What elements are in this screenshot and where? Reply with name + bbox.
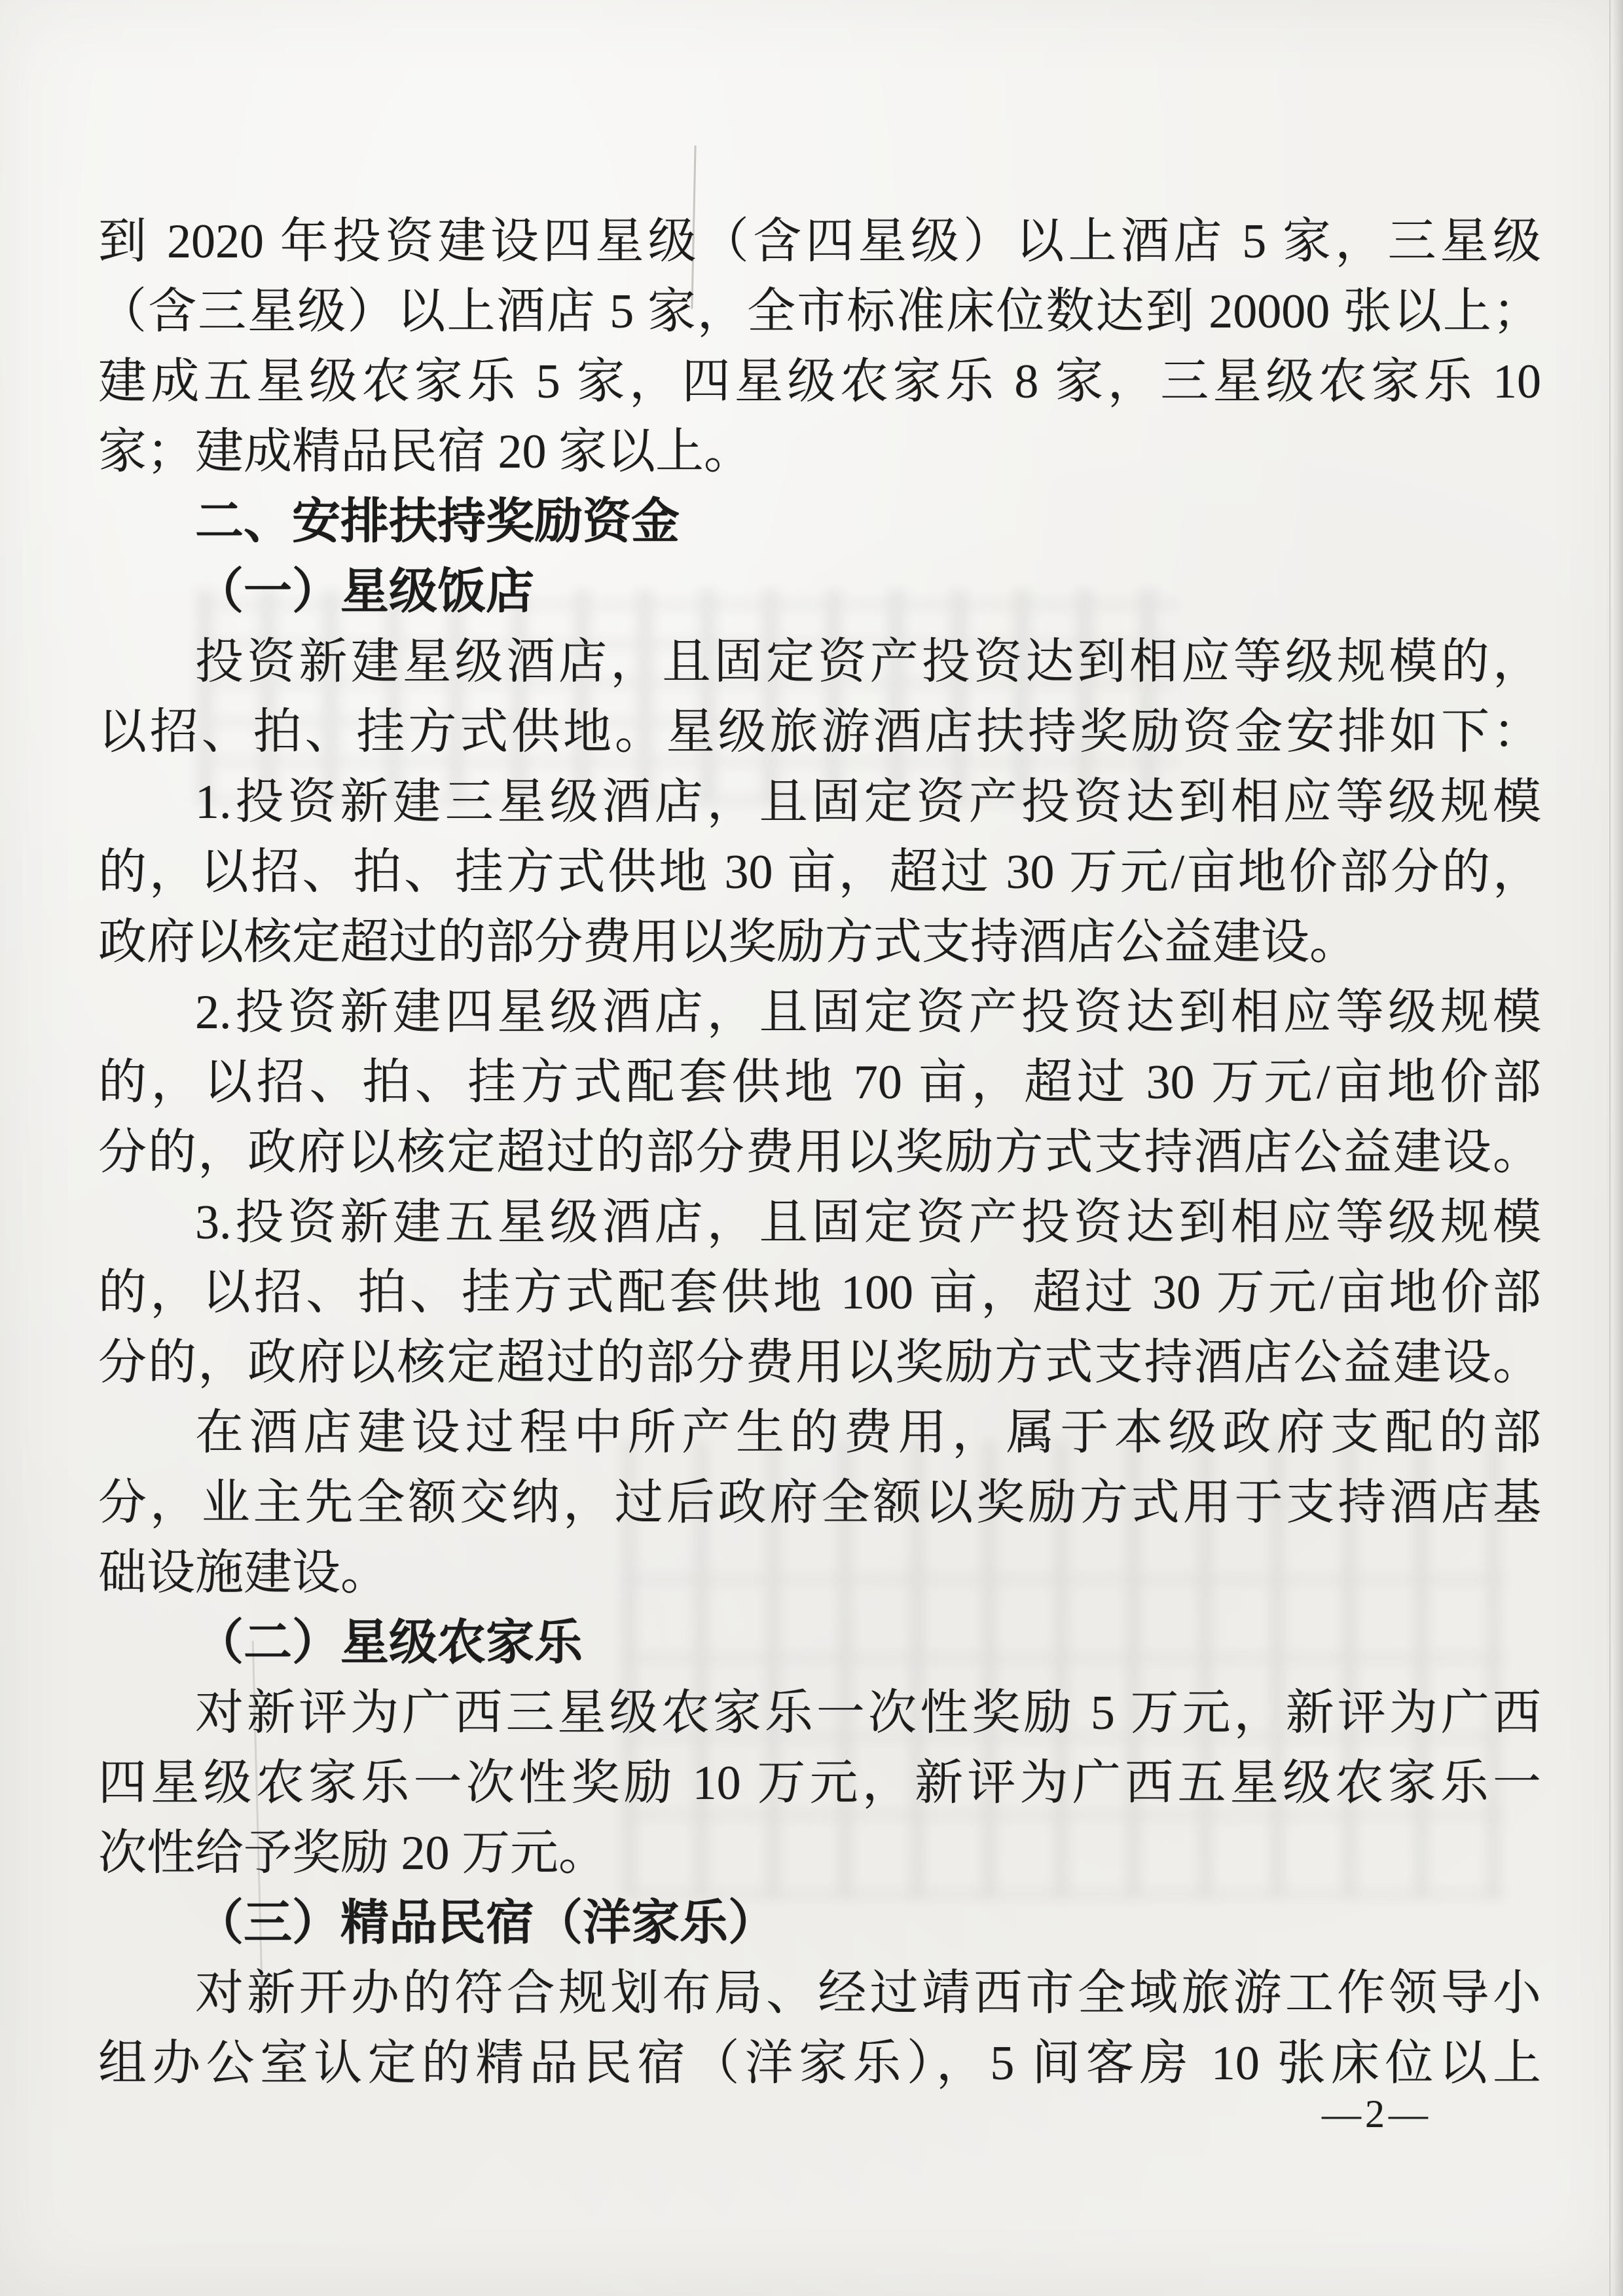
scan-edge-line [1609, 0, 1611, 2296]
heading-line: 二、安排扶持奖励资金 [98, 487, 1541, 557]
text-line: 投资新建星级酒店，且固定资产投资达到相应等级规模的， [98, 627, 1541, 697]
text-line: 的，以招、拍、挂方式供地 30 亩，超过 30 万元/亩地价部分的， [98, 838, 1541, 908]
text-line: 分的，政府以核定超过的部分费用以奖励方式支持酒店公益建设。 [98, 1118, 1541, 1188]
text-line: 以招、拍、挂方式供地。星级旅游酒店扶持奖励资金安排如下： [98, 697, 1541, 768]
text-line: 分的，政府以核定超过的部分费用以奖励方式支持酒店公益建设。 [98, 1328, 1541, 1398]
text-line: 2.投资新建四星级酒店，且固定资产投资达到相应等级规模 [98, 978, 1541, 1048]
subheading-line: （二）星级农家乐 [98, 1608, 1541, 1678]
text-line: 对新开办的符合规划布局、经过靖西市全域旅游工作领导小 [98, 1959, 1541, 2029]
text-line: 3.投资新建五星级酒店，且固定资产投资达到相应等级规模 [98, 1188, 1541, 1258]
text-line: 1.投资新建三星级酒店，且固定资产投资达到相应等级规模 [98, 768, 1541, 838]
text-line: 对新评为广西三星级农家乐一次性奖励 5 万元，新评为广西 [98, 1678, 1541, 1749]
text-line: 础设施建设。 [98, 1538, 1541, 1608]
text-line: 分，业主先全额交纳，过后政府全额以奖励方式用于支持酒店基 [98, 1468, 1541, 1538]
text-line: 组办公室认定的精品民宿（洋家乐），5 间客房 10 张床位以上 [98, 2029, 1541, 2099]
scanned-page: 到 2020 年投资建设四星级（含四星级）以上酒店 5 家，三星级（含三星级）以… [0, 0, 1623, 2296]
text-line: 在酒店建设过程中所产生的费用，属于本级政府支配的部 [98, 1398, 1541, 1468]
page-number: —2— [1322, 2094, 1432, 2134]
text-line: 四星级农家乐一次性奖励 10 万元，新评为广西五星级农家乐一 [98, 1749, 1541, 1819]
text-line: 的，以招、拍、挂方式配套供地 70 亩，超过 30 万元/亩地价部 [98, 1048, 1541, 1118]
subheading-line: （三）精品民宿（洋家乐） [98, 1889, 1541, 1959]
text-line: （含三星级）以上酒店 5 家，全市标准床位数达到 20000 张以上； [98, 277, 1541, 347]
text-line: 次性给予奖励 20 万元。 [98, 1819, 1541, 1889]
text-line: 的，以招、拍、挂方式配套供地 100 亩，超过 30 万元/亩地价部 [98, 1258, 1541, 1328]
text-line: 政府以核定超过的部分费用以奖励方式支持酒店公益建设。 [98, 908, 1541, 978]
document-body: 到 2020 年投资建设四星级（含四星级）以上酒店 5 家，三星级（含三星级）以… [98, 207, 1541, 2099]
text-line: 家；建成精品民宿 20 家以上。 [98, 417, 1541, 487]
text-line: 到 2020 年投资建设四星级（含四星级）以上酒店 5 家，三星级 [98, 207, 1541, 277]
scan-edge-shadow [1613, 0, 1623, 2296]
subheading-line: （一）星级饭店 [98, 557, 1541, 627]
text-line: 建成五星级农家乐 5 家，四星级农家乐 8 家，三星级农家乐 10 [98, 347, 1541, 417]
